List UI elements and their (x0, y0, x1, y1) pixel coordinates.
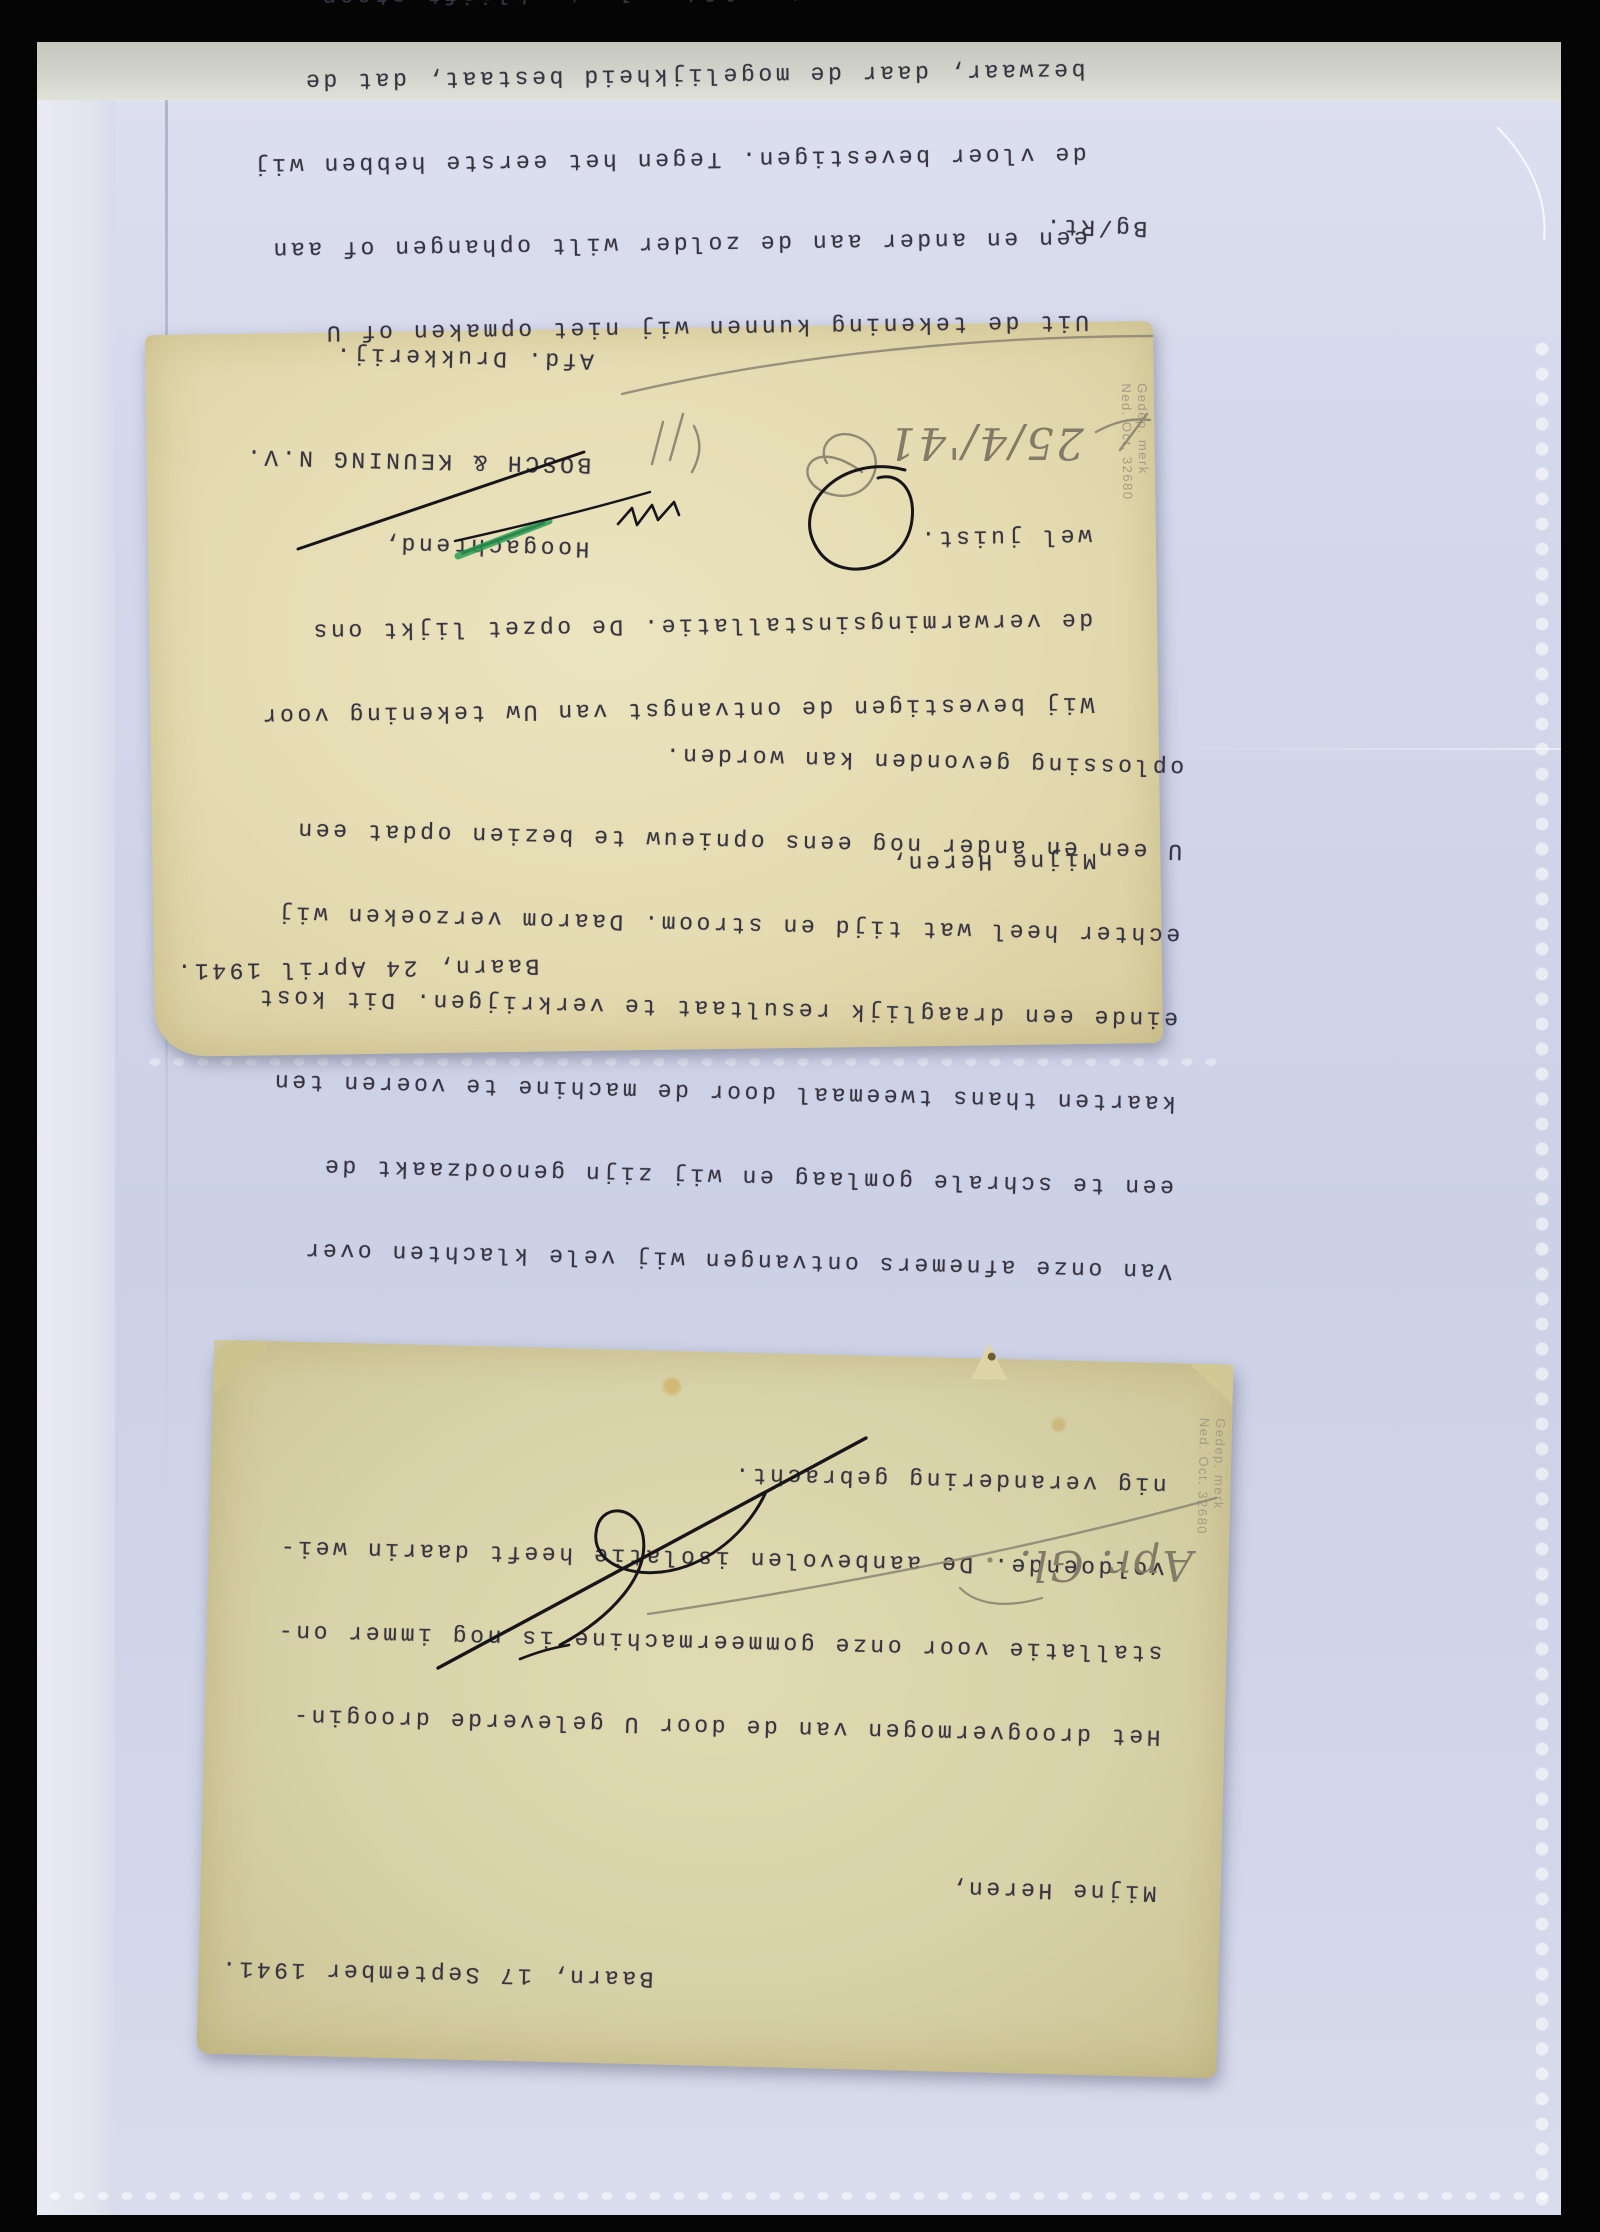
letter-september-content: Baarn, 17 September 1941. Mijne Heren, H… (196, 1340, 1233, 2079)
letter-paragraph: Van onze afnemers ontvangen wij vele kla… (228, 674, 1185, 1341)
letter-closing-block: Hoogachtend, BOSCH & KEUNING N.V. Afd. D… (246, 282, 596, 618)
department-line: Afd. Drukkerij. (252, 338, 595, 374)
patent-edge-print: Gedep. merk Ned. Oct. 32680 (1193, 1418, 1228, 1536)
closing-word: Hoogachtend, (247, 526, 590, 562)
album-page-photo: Baarn, 24 April 1941. Mijne Heren, Wij b… (0, 0, 1600, 2232)
sleeve-weld-row-bottom (47, 2190, 1552, 2203)
sleeve-perforation-column (1532, 337, 1552, 2217)
company-name: BOSCH & KEUNING N.V. (249, 442, 592, 478)
letter-card-september-1941: Baarn, 17 September 1941. Mijne Heren, H… (196, 1340, 1233, 2079)
sleeve-left-strip (37, 100, 115, 2215)
letter-date: Baarn, 17 September 1941. (212, 1954, 1154, 2005)
patent-edge-print: Gedep. merk Ned. Oct. 32680 (1118, 383, 1152, 501)
letter-paragraph: Het droogvermogen van de door U geleverd… (217, 1392, 1168, 1807)
sleeve-pocket-edge (1165, 748, 1561, 750)
letter-salutation: Mijne Heren, (215, 1856, 1157, 1907)
